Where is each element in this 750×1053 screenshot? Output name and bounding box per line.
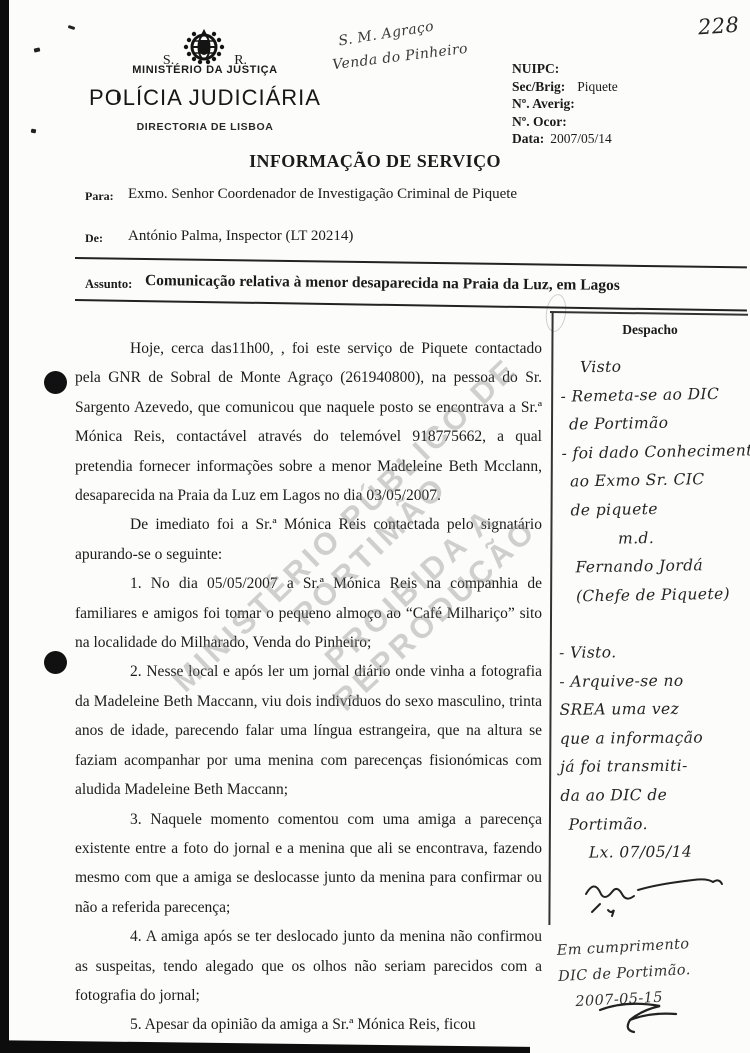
body-text: Hoje, cerca das11h00, , foi este serviço… bbox=[75, 334, 542, 1040]
signature-scrawl bbox=[578, 872, 728, 929]
field-nuipc: NUIPC: bbox=[512, 60, 618, 78]
directorate-name: DIRECTORIA DE LISBOA bbox=[55, 121, 355, 133]
organization-name: POLÍCIA JUDICIÁRIA bbox=[35, 85, 375, 111]
signature-flourish bbox=[592, 996, 702, 1043]
document-title: INFORMAÇÃO DE SERVIÇO bbox=[95, 151, 655, 172]
body-list-item: 3. Naquele momento comentou com uma amig… bbox=[75, 805, 542, 923]
handwritten-note-top: S. M. Agraço bbox=[337, 19, 435, 50]
para-label: Para: bbox=[85, 189, 114, 204]
despacho-divider-horizontal bbox=[550, 311, 748, 316]
hole-punch-dot bbox=[44, 371, 67, 394]
body-list-item: 4. A amiga após se ter deslocado junto d… bbox=[75, 922, 542, 1010]
body-list-item: 2. Nesse local e após ler um jornal diár… bbox=[75, 657, 542, 804]
case-meta-fields: NUIPC: Sec/Brig:Piquete Nº. Averig: Nº. … bbox=[512, 60, 618, 148]
para-value: Exmo. Senhor Coordenador de Investigação… bbox=[128, 186, 517, 203]
ministry-name: MINISTÉRIO DA JUSTIÇA bbox=[55, 64, 355, 76]
field-num-averig: Nº. Averig: bbox=[512, 95, 618, 113]
scan-edge-left bbox=[0, 0, 9, 1053]
field-data: Data:2007/05/14 bbox=[512, 130, 618, 148]
despacho-handwritten-note-1: Visto - Remeta-se ao DIC de Portimão - f… bbox=[560, 350, 750, 611]
scan-speck bbox=[31, 129, 37, 134]
despacho-heading: Despacho bbox=[560, 322, 740, 338]
body-list-item: 1. No dia 05/05/2007 a Sr.ª Mónica Reis … bbox=[75, 569, 542, 657]
field-num-ocor: Nº. Ocor: bbox=[512, 113, 618, 131]
scan-speck bbox=[68, 25, 76, 30]
assunto-value: Comunicação relativa à menor desaparecid… bbox=[145, 272, 620, 295]
scan-speck bbox=[34, 47, 41, 52]
body-paragraph: De imediato foi a Sr.ª Mónica Reis conta… bbox=[75, 510, 542, 569]
field-sec-brig: Sec/Brig:Piquete bbox=[512, 78, 618, 96]
de-value: António Palma, Inspector (LT 20214) bbox=[128, 228, 353, 245]
despacho-divider-vertical bbox=[548, 313, 553, 925]
body-list-item: 5. Apesar da opinião da amiga a Sr.ª Món… bbox=[75, 1010, 542, 1039]
assunto-label: Assunto: bbox=[85, 277, 132, 292]
hole-punch-dot bbox=[44, 651, 67, 674]
scanned-document-page: S. bbox=[0, 0, 750, 1053]
body-paragraph: Hoje, cerca das11h00, , foi este serviço… bbox=[75, 334, 542, 510]
handwritten-page-number: 228 bbox=[697, 13, 740, 40]
horizontal-rule bbox=[75, 299, 747, 312]
despacho-handwritten-note-2: - Visto. - Arquive-se no SREA uma vez qu… bbox=[559, 637, 750, 867]
de-label: De: bbox=[85, 231, 103, 246]
horizontal-rule bbox=[75, 257, 747, 268]
